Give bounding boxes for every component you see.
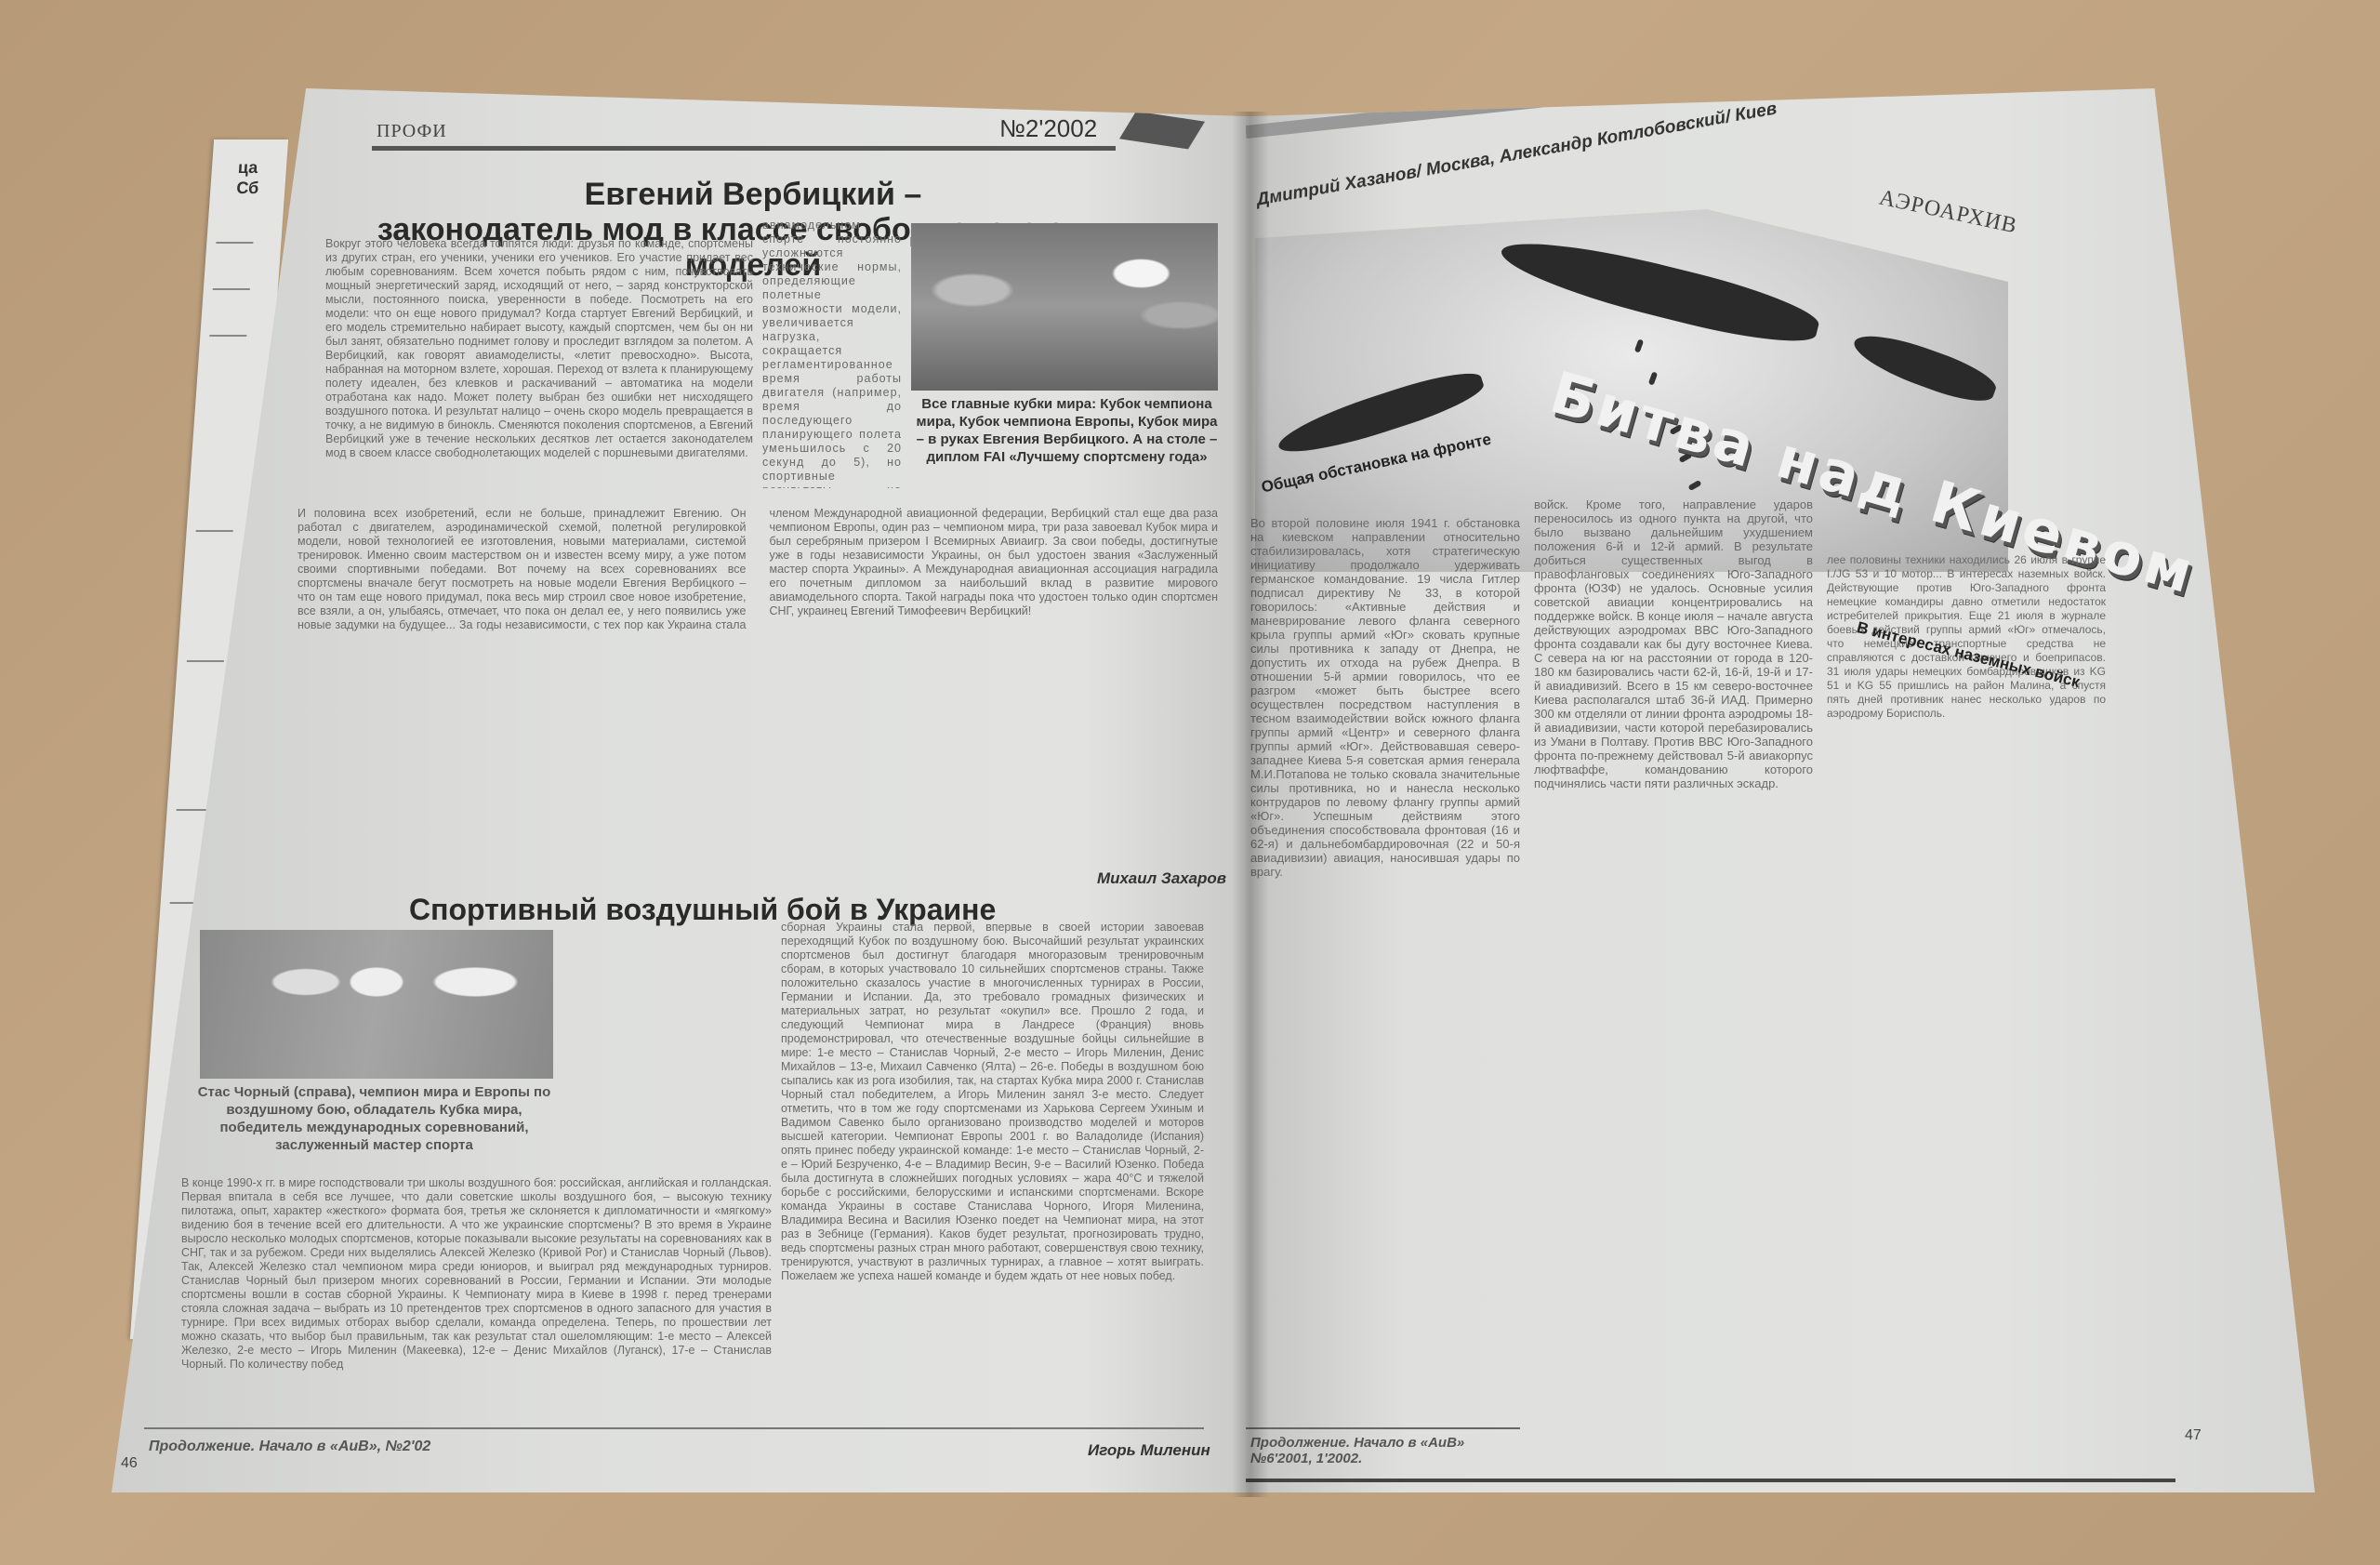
article2-body-col1: В конце 1990-х гг. в мире господствовали… (181, 1176, 772, 1427)
magazine-photo: ца Сб ПРОФИ №2'2002 Евгений Вербицкий – … (0, 0, 2380, 1565)
left-page: ПРОФИ №2'2002 Евгений Вербицкий – законо… (112, 88, 1255, 1492)
article-body-col2: авиамодельном спорте постоянно усложняют… (762, 219, 902, 488)
page-number: 47 (2185, 1427, 2201, 1444)
bomber-plane (1496, 226, 1824, 354)
stack-tab: ца (237, 158, 258, 178)
section-name: АЭРОАРХИВ (1877, 186, 2019, 240)
photo-caption: Все главные кубки мира: Кубок чемпиона м… (911, 395, 1223, 466)
header-band (1246, 88, 1894, 139)
trophies-photo (911, 223, 1218, 391)
article-body-col1: Вокруг этого человека всегда толпятся лю… (325, 237, 753, 507)
article-body-col1: Во второй половине июля 1941 г. обстанов… (1250, 516, 1520, 1409)
article-author: Михаил Захаров (1097, 869, 1226, 888)
header-rule (372, 146, 1116, 151)
magazine-logo (1119, 112, 1205, 150)
pilots-photo (200, 930, 553, 1079)
article2-author: Игорь Миленин (1088, 1441, 1210, 1460)
article-body-col2: войск. Кроме того, направление ударов пе… (1534, 497, 1813, 1409)
footer-note: Продолжение. Начало в «АиВ», №2'02 (149, 1439, 430, 1455)
page-bottom-rule (1246, 1479, 2175, 1482)
photo-caption: Стас Чорный (справа), чемпион мира и Евр… (195, 1083, 553, 1154)
footer-rule (1246, 1427, 1520, 1429)
spine-gutter (1232, 112, 1269, 1497)
right-page: Дмитрий Хазанов/ Москва, Александр Котло… (1246, 88, 2315, 1492)
page-number: 46 (121, 1455, 138, 1472)
article2-body-col2: сборная Украины стала первой, впервые в … (781, 921, 1204, 1413)
footer-rule (144, 1427, 1204, 1429)
issue-number: №2'2002 (999, 114, 1097, 143)
footer-note: Продолжение. Начало в «АиВ» №6'2001, 1'2… (1250, 1435, 1520, 1466)
bomber-plane (1848, 325, 2001, 410)
article-body-main: И половина всех изобретений, если не бол… (297, 507, 1218, 860)
stack-tab: Сб (236, 179, 259, 198)
running-head: ПРОФИ (377, 121, 447, 142)
